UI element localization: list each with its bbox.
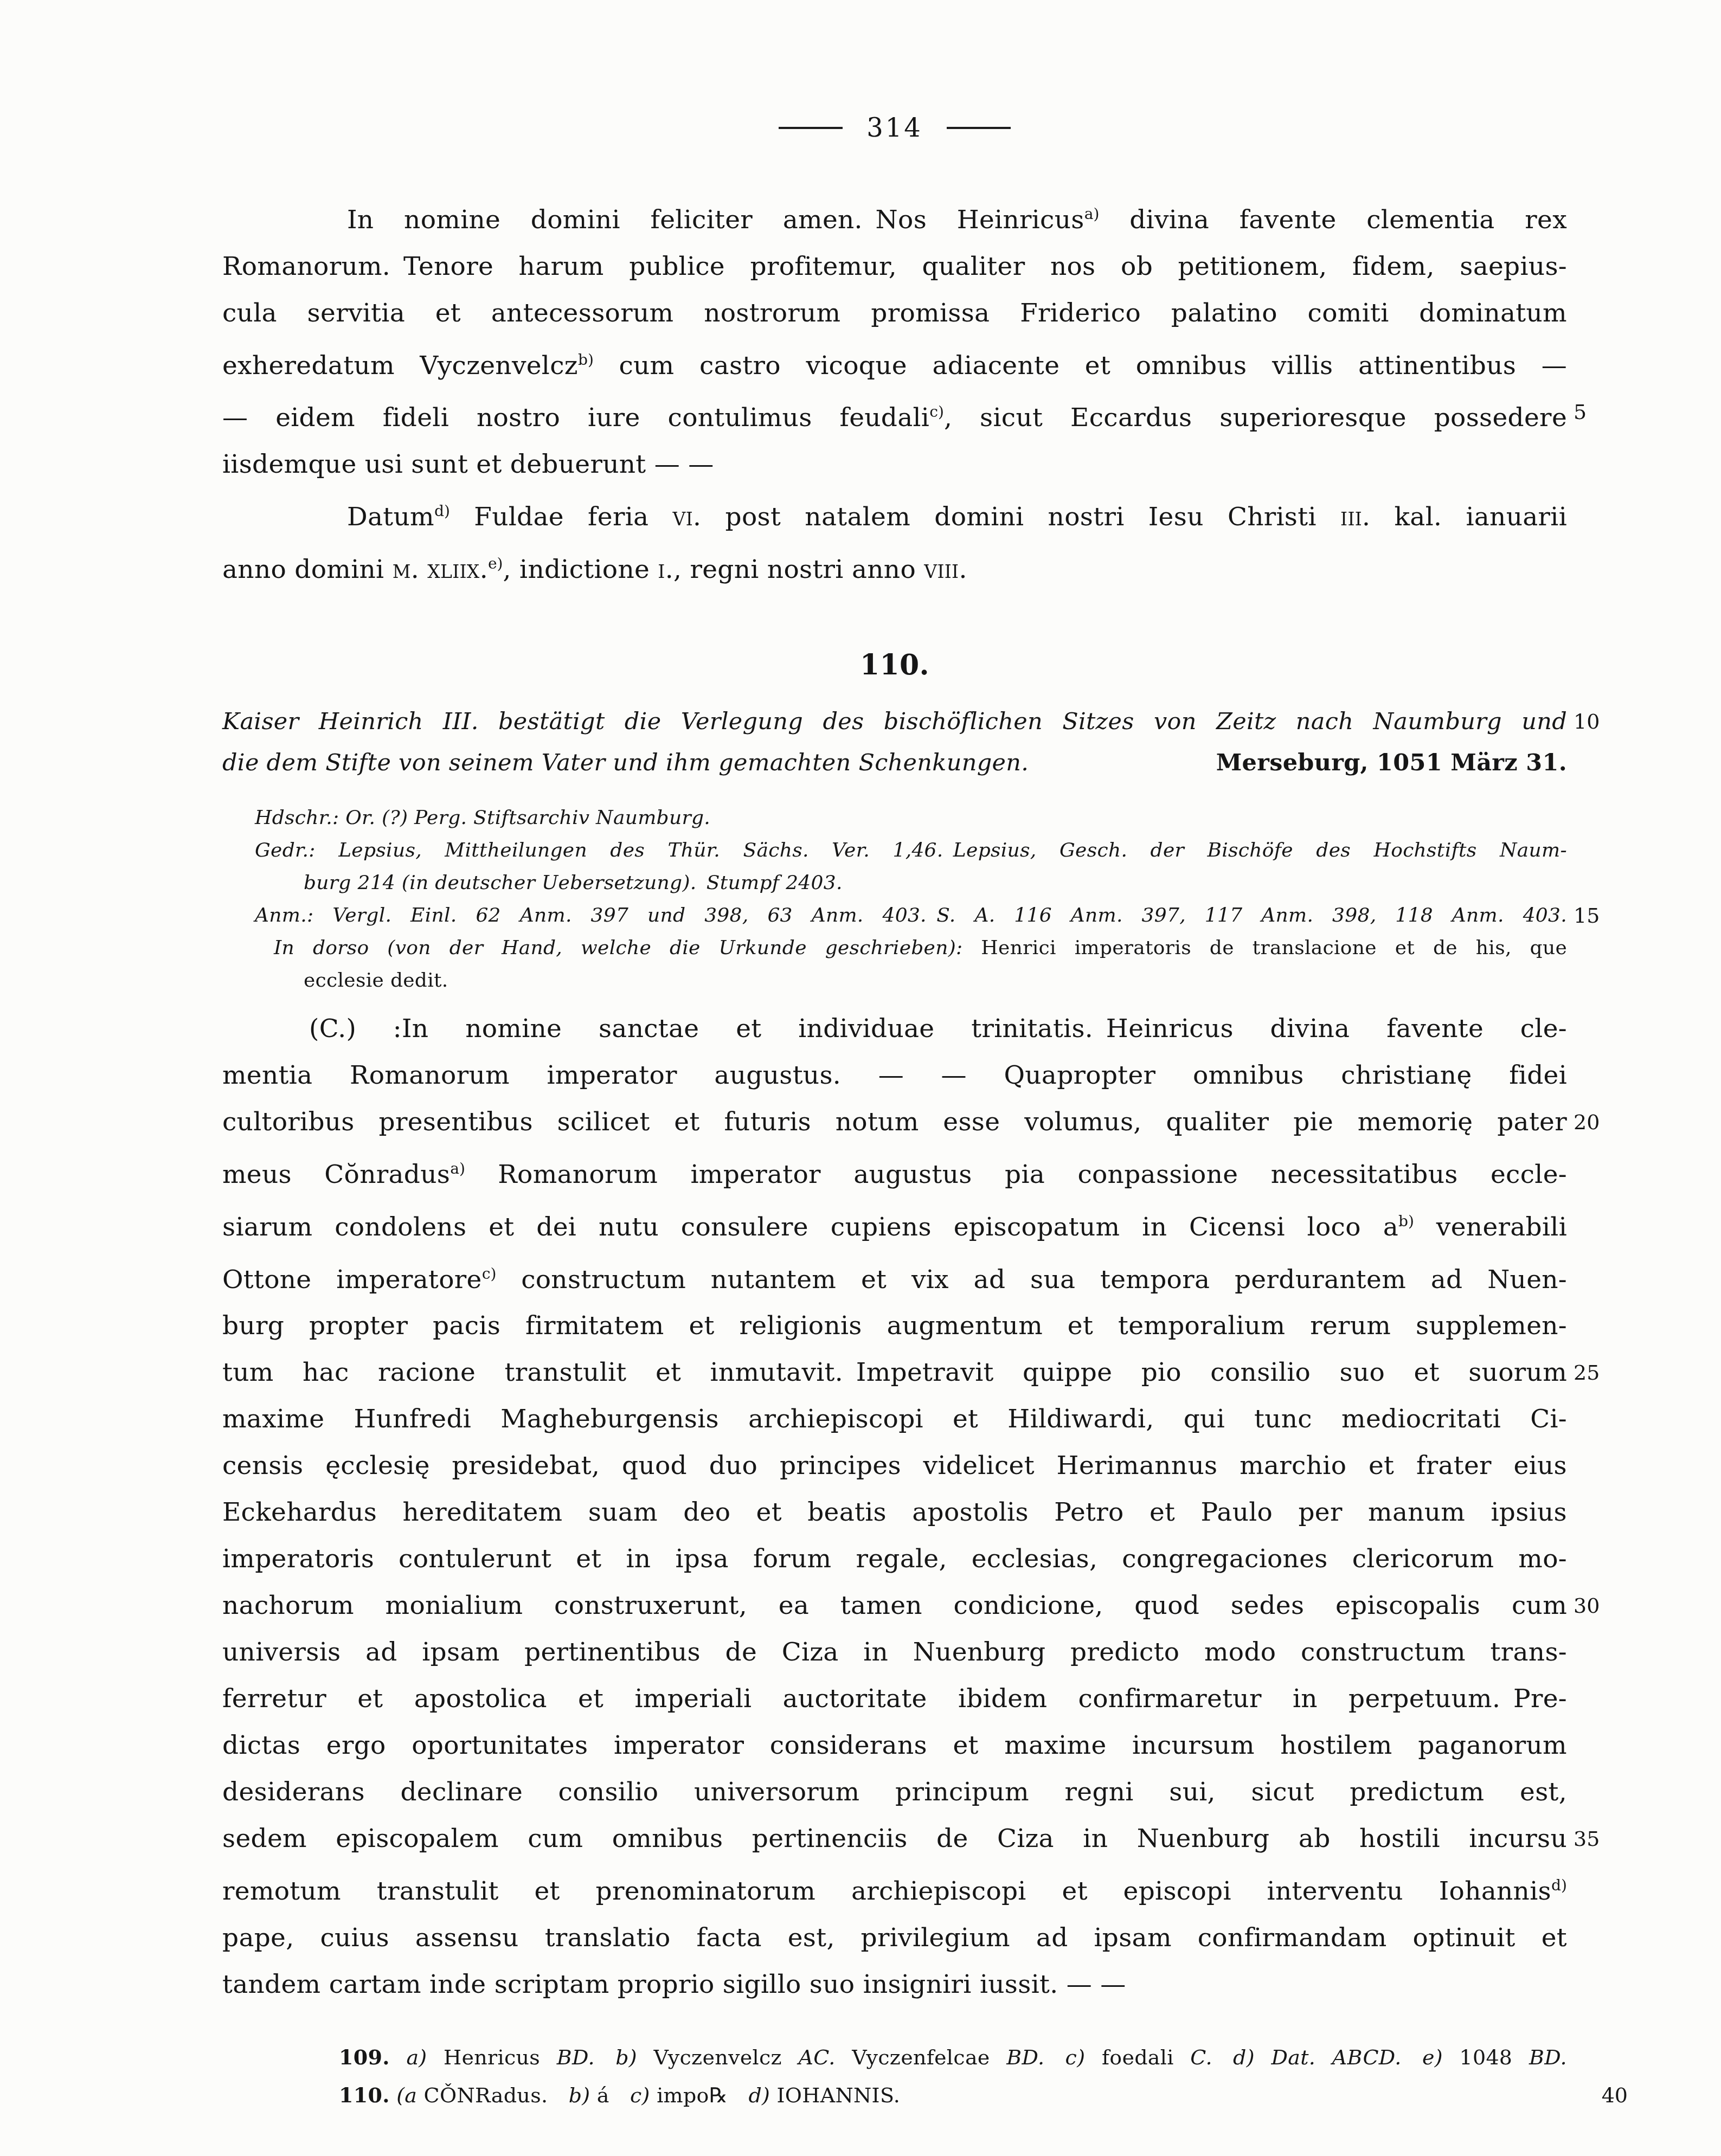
text-run: Dat. ABCD.	[1255, 2045, 1402, 2069]
text-run: maxime Hunfredi Magheburgensis archiepis…	[222, 1404, 1567, 1434]
text-run: tum hac racione transtulit et inmutavit.…	[222, 1357, 1567, 1387]
text-run: viii.	[924, 554, 967, 584]
text-run: 109.	[339, 2045, 390, 2069]
text-line: cula servitia et antecessorum nostrorum …	[222, 290, 1567, 337]
text-run: ferretur et apostolica et imperiali auct…	[222, 1684, 1567, 1714]
text-run: (C.) :In nomine sanctae et individuae tr…	[309, 1014, 1567, 1044]
text-run: Fuldae feria	[450, 502, 673, 532]
text-line: burg 214 (in deutscher Uebersetzung). St…	[222, 867, 1567, 899]
margin-line-number: 30	[1574, 1582, 1628, 1629]
text-line: In dorso (von der Hand, welche die Urkun…	[222, 932, 1567, 964]
text-line: 109. a) Henricus BD. b) Vyczenvelcz AC. …	[222, 2038, 1567, 2076]
text-run: siarum condolens et dei nutu consulere c…	[222, 1212, 1398, 1242]
text-run: cultoribus presentibus scilicet et futur…	[222, 1107, 1567, 1137]
text-line: Datumd) Fuldae feria vi. post natalem do…	[222, 488, 1567, 540]
margin-line-number: 25	[1574, 1349, 1628, 1396]
text-run: b)	[578, 351, 594, 369]
text-run: c)	[482, 1265, 497, 1283]
text-run: Anm.: Vergl. Einl. 62 Anm. 397 und 398, …	[255, 904, 1567, 926]
text-run: Kaiser Heinrich III. bestätigt die Verle…	[222, 708, 1567, 735]
text-run: remotum transtulit et prenominatorum arc…	[222, 1876, 1551, 1906]
text-run: meus Cŏnradus	[222, 1160, 450, 1189]
text-line: Hdschr.: Or. (?) Perg. Stiftsarchiv Naum…	[222, 802, 1567, 834]
text-run: d)	[1551, 1876, 1567, 1894]
text-run: Gedr.: Lepsius, Mittheilungen des Thür. …	[255, 839, 1567, 861]
text-run: c)	[1044, 2045, 1085, 2069]
margin-line-number: 40	[1574, 2076, 1628, 2114]
text-run: Romanorum imperator augustus pia conpass…	[465, 1160, 1567, 1189]
text-run: a)	[1084, 205, 1100, 223]
text-line: anno domini m. xliix.e), indictione i., …	[222, 540, 1567, 593]
text-run: , indictione	[503, 554, 658, 584]
text-run: mentia Romanorum imperator augustus. — —…	[222, 1060, 1567, 1090]
text-run: divina favente clementia rex	[1100, 205, 1567, 235]
margin-line-number: 35	[1574, 1816, 1628, 1862]
text-run: á	[590, 2083, 630, 2107]
page-content: 314 In nomine domini feliciter amen. Nos…	[222, 0, 1567, 2114]
text-line: tum hac racione transtulit et inmutavit.…	[222, 1349, 1567, 1396]
text-run: d)	[748, 2083, 770, 2107]
text-run: e)	[488, 555, 503, 572]
regest-summary: Kaiser Heinrich III. bestätigt die Verle…	[222, 701, 1567, 783]
text-run: post natalem domini nostri Iesu Christi	[701, 502, 1340, 532]
text-line: mentia Romanorum imperator augustus. — —…	[222, 1052, 1567, 1099]
text-run: d)	[1212, 2045, 1255, 2069]
page-number: 314	[866, 113, 923, 143]
text-line: Anm.: Vergl. Einl. 62 Anm. 397 und 398, …	[222, 899, 1567, 932]
text-run: e)	[1402, 2045, 1443, 2069]
text-line: burg propter pacis firmitatem et religio…	[222, 1303, 1567, 1349]
text-line: — eidem fideli nostro iure contulimus fe…	[222, 389, 1567, 441]
text-run: Merseburg, 1051 März 31.	[1216, 749, 1567, 776]
header-rule-left	[779, 127, 843, 129]
text-run: foedali	[1085, 2045, 1190, 2069]
text-line: desiderans declinare consilio universoru…	[222, 1769, 1567, 1816]
text-run: kal. ianuarii	[1370, 502, 1567, 532]
text-run: Eckehardus hereditatem suam deo et beati…	[222, 1497, 1567, 1527]
text-run: impo℞	[650, 2083, 749, 2107]
charter-text: (C.) :In nomine sanctae et individuae tr…	[222, 1006, 1567, 2008]
text-run: tandem cartam inde scriptam proprio sigi…	[222, 1970, 1126, 1999]
text-run: AC.	[798, 2045, 835, 2069]
text-run: Hdschr.: Or. (?) Perg. Stiftsarchiv Naum…	[255, 807, 710, 829]
text-run: BD.	[1529, 2045, 1567, 2069]
text-run: constructum nutantem et vix ad sua tempo…	[496, 1264, 1567, 1294]
text-run: In dorso (von der Hand, welche die Urkun…	[274, 937, 981, 959]
text-run: dictas ergo oportunitates imperator cons…	[222, 1730, 1567, 1760]
text-run: sedem episcopalem cum omnibus pertinenci…	[222, 1824, 1567, 1853]
text-run: iisdemque usi sunt et debuerunt — —	[222, 449, 714, 479]
text-line: Ottone imperatorec) constructum nutantem…	[222, 1251, 1567, 1303]
text-line: In nomine domini feliciter amen. Nos Hei…	[222, 191, 1567, 243]
source-notes: Hdschr.: Or. (?) Perg. Stiftsarchiv Naum…	[222, 802, 1567, 997]
text-run: Datum	[347, 502, 434, 532]
margin-line-number: 5	[1574, 389, 1628, 435]
header-rule-right	[947, 127, 1011, 129]
text-run: c)	[929, 403, 944, 421]
text-run: ecclesie dedit.	[304, 969, 448, 992]
text-run: universis ad ipsam pertinentibus de Ciza…	[222, 1637, 1567, 1667]
text-run: Ottone imperatore	[222, 1264, 482, 1294]
text-run: d)	[434, 502, 450, 520]
text-run: 1048	[1443, 2045, 1529, 2069]
text-run: imperatoris contulerunt et in ipsa forum…	[222, 1544, 1567, 1574]
text-run: In nomine domini feliciter amen. Nos Hei…	[347, 205, 1084, 235]
text-run: Henricus	[427, 2045, 556, 2069]
text-run: BD.	[557, 2045, 595, 2069]
text-line: sedem episcopalem cum omnibus pertinenci…	[222, 1816, 1567, 1862]
text-run: IOHANNIS.	[770, 2083, 900, 2107]
margin-line-number: 10	[1574, 701, 1628, 742]
text-run: exheredatum Vyczenvelcz	[222, 350, 578, 380]
text-run: 110.	[339, 2083, 390, 2107]
text-run: i.	[658, 554, 673, 584]
text-run: b)	[569, 2083, 590, 2107]
scanned-page: 314 In nomine domini feliciter amen. Nos…	[0, 0, 1721, 2156]
text-run: Romanorum. Tenore harum publice profitem…	[222, 252, 1567, 281]
text-run: pape, cuius assensu translatio facta est…	[222, 1923, 1567, 1953]
text-run: (a	[390, 2083, 417, 2107]
text-run: vi.	[673, 502, 702, 532]
text-run: burg propter pacis firmitatem et religio…	[222, 1311, 1567, 1341]
text-run: BD.	[1006, 2045, 1044, 2069]
text-run: iii.	[1340, 502, 1370, 532]
text-line: remotum transtulit et prenominatorum arc…	[222, 1862, 1567, 1915]
text-run: cum castro vicoque adiacente et omnibus …	[594, 350, 1567, 380]
entry-heading-110: 110.	[222, 640, 1567, 690]
text-run: venerabili	[1414, 1212, 1567, 1242]
text-run: desiderans declinare consilio universoru…	[222, 1777, 1567, 1807]
text-run: nachorum monialium construxerunt, ea tam…	[222, 1591, 1567, 1620]
text-line: universis ad ipsam pertinentibus de Ciza…	[222, 1629, 1567, 1676]
text-run: die dem Stifte von seinem Vater und ihm …	[222, 749, 1029, 776]
text-line: siarum condolens et dei nutu consulere c…	[222, 1198, 1567, 1251]
text-run: censis ęcclesię presidebat, quod duo pri…	[222, 1451, 1567, 1481]
text-run-group: Merseburg, 1051 März 31.	[1216, 742, 1567, 783]
text-run-group: die dem Stifte von seinem Vater und ihm …	[222, 742, 1029, 783]
text-line: ecclesie dedit.	[222, 964, 1567, 997]
text-line: tandem cartam inde scriptam proprio sigi…	[222, 1961, 1567, 2008]
text-line: imperatoris contulerunt et in ipsa forum…	[222, 1536, 1567, 1582]
text-run: Vyczenfelcae	[836, 2045, 1007, 2069]
text-run: CǑNRadus.	[417, 2083, 568, 2107]
text-line: maxime Hunfredi Magheburgensis archiepis…	[222, 1396, 1567, 1443]
text-line: ferretur et apostolica et imperiali auct…	[222, 1676, 1567, 1722]
footnotes: 109. a) Henricus BD. b) Vyczenvelcz AC. …	[222, 2038, 1567, 2114]
text-run: — eidem fideli nostro iure contulimus fe…	[222, 403, 929, 433]
text-line: Romanorum. Tenore harum publice profitem…	[222, 243, 1567, 290]
text-run: a)	[450, 1160, 465, 1177]
document-109-text: In nomine domini feliciter amen. Nos Hei…	[222, 191, 1567, 593]
page-header: 314	[222, 113, 1567, 143]
text-line: (C.) :In nomine sanctae et individuae tr…	[222, 1006, 1567, 1052]
text-line: die dem Stifte von seinem Vater und ihm …	[222, 742, 1567, 783]
text-run: burg 214 (in deutscher Uebersetzung). St…	[304, 872, 843, 894]
text-line: exheredatum Vyczenvelczb) cum castro vic…	[222, 337, 1567, 389]
text-run: b)	[1398, 1212, 1414, 1230]
text-line: 110. (a CǑNRadus. b) á c) impo℞ d) IOHAN…	[222, 2076, 1567, 2114]
text-run: Vyczenvelcz	[637, 2045, 799, 2069]
text-run: anno domini	[222, 554, 393, 584]
text-run: a)	[390, 2045, 427, 2069]
text-line: cultoribus presentibus scilicet et futur…	[222, 1099, 1567, 1145]
text-run: , sicut Eccardus superioresque possedere	[944, 403, 1567, 433]
text-line: nachorum monialium construxerunt, ea tam…	[222, 1582, 1567, 1629]
text-run: C.	[1190, 2045, 1212, 2069]
text-run: Henrici imperatoris de translacione et d…	[981, 937, 1567, 959]
text-line: dictas ergo oportunitates imperator cons…	[222, 1722, 1567, 1769]
text-line: meus Cŏnradusa) Romanorum imperator augu…	[222, 1145, 1567, 1198]
margin-line-number: 15	[1574, 899, 1628, 932]
text-run: b)	[595, 2045, 637, 2069]
text-line: censis ęcclesię presidebat, quod duo pri…	[222, 1443, 1567, 1489]
text-run: cula servitia et antecessorum nostrorum …	[222, 298, 1567, 328]
text-line: pape, cuius assensu translatio facta est…	[222, 1915, 1567, 1961]
text-line: Eckehardus hereditatem suam deo et beati…	[222, 1489, 1567, 1536]
text-line: iisdemque usi sunt et debuerunt — —	[222, 441, 1567, 488]
text-run: c)	[630, 2083, 650, 2107]
margin-line-number: 20	[1574, 1099, 1628, 1145]
text-line: Gedr.: Lepsius, Mittheilungen des Thür. …	[222, 834, 1567, 867]
text-line: Kaiser Heinrich III. bestätigt die Verle…	[222, 701, 1567, 742]
text-run: m. xliix.	[393, 554, 488, 584]
text-run: , regni nostri anno	[673, 554, 924, 584]
